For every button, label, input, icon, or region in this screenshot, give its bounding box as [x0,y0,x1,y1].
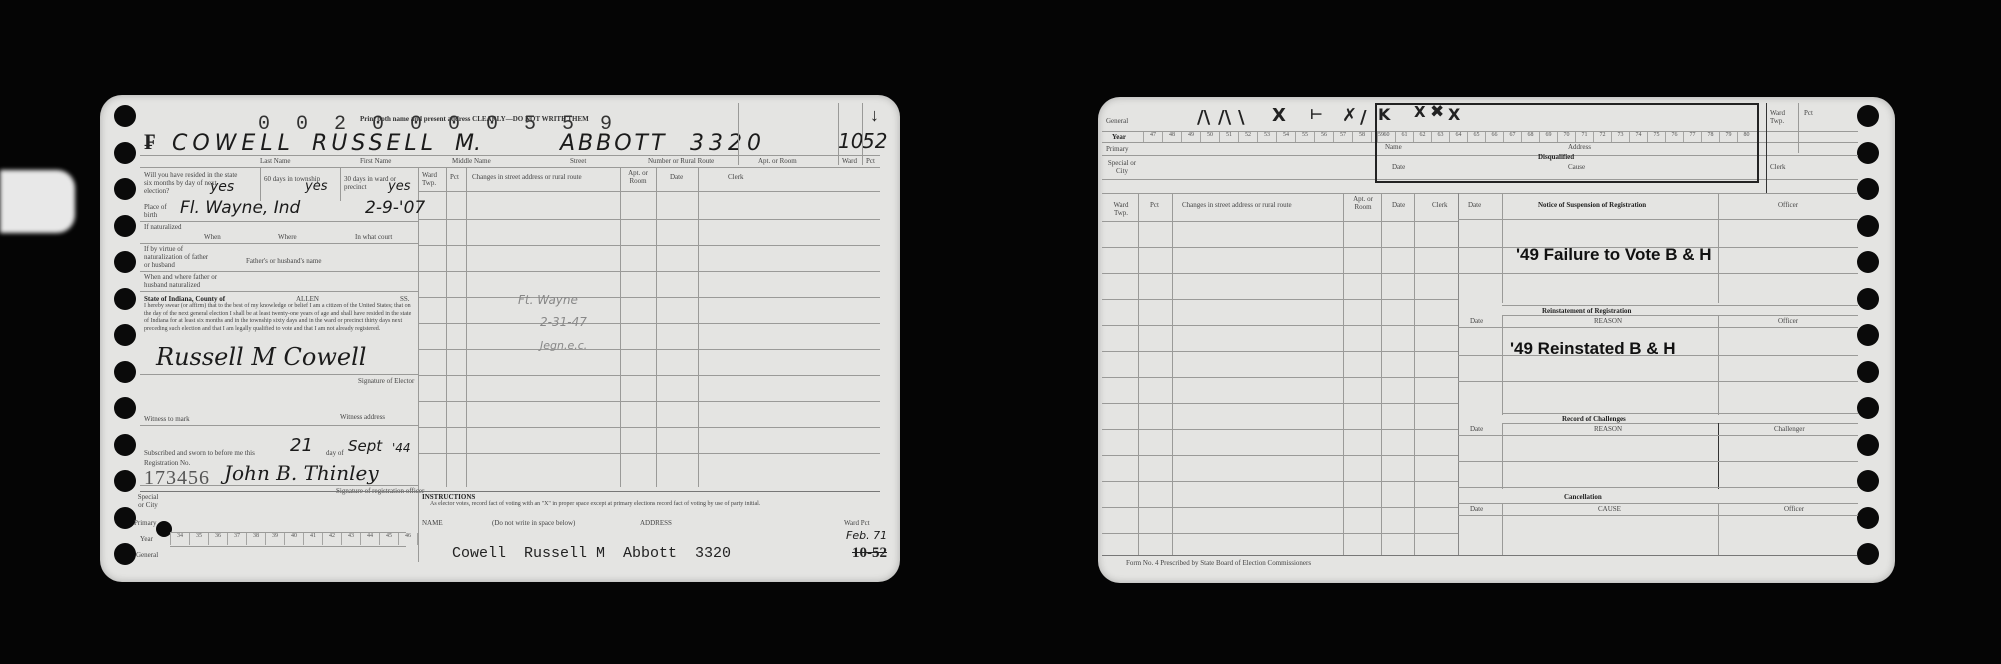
middle-name-label: Middle Name [452,157,491,165]
reinstatement-officer-header: Officer [1778,317,1798,325]
back-grid-year-label: Year [1112,133,1126,141]
middle-name-value: M. [455,131,481,156]
cancellation-title: Cancellation [1564,493,1602,501]
cancellation-cause-header: CAUSE [1598,505,1621,513]
changes-address-header: Changes in street address or rural route [472,173,582,181]
last-name-value: COWELL [172,131,295,156]
reinstatement-date-header: Date [1470,317,1483,325]
state-county-label: State of Indiana, County of [144,295,225,303]
vote-mark: \ [1238,107,1245,128]
back-grid-general-label: General [1106,117,1128,125]
street-label: Street [570,157,586,165]
witness-mark-label: Witness to mark [144,415,190,423]
subscribed-label: Subscribed and sworn to before me this [144,449,255,457]
pct-header: Pct [450,173,459,181]
pct-value: 52 [862,129,887,153]
vote-mark: ⊢ [1310,107,1323,123]
new-ward-pct: Feb. 71 [846,529,887,542]
front-year-row: 34 35 36 37 38 39 40 41 42 43 44 45 46 [170,533,418,545]
by-virtue-label: If by virtue of naturalization of father… [144,245,209,269]
arrow-mark: ↓ [870,105,879,126]
do-not-write-label: (Do not write in space below) [492,519,575,527]
clerk-header: Clerk [728,173,744,181]
grid-primary-label: Primary [134,519,157,527]
registration-card-back: General Year Primary Special or City 47 … [1098,97,1895,583]
back-year-row-right: 60 61 62 63 64 65 66 67 68 69 70 71 72 7… [1377,132,1755,142]
year-value: '44 [392,441,411,455]
resided-state-answer: yes [210,179,234,195]
grid-general-label: General [136,551,158,559]
day-value: 21 [290,435,313,456]
adjacent-card-edge [0,170,75,233]
change-note-2: 2-31-47 [540,315,587,329]
back-apt-header: Apt. or Room [1348,195,1378,211]
header-instruction: Print both name and present address CLEA… [360,115,589,123]
address-label: ADDRESS [640,519,672,527]
ward-twp-header: Ward Twp. [422,171,446,187]
reinstatement-title: Reinstatement of Registration [1542,307,1631,315]
challenges-challenger-header: Challenger [1774,425,1805,433]
naturalized-label: If naturalized [144,223,184,231]
ward-value: 10 [838,129,863,153]
typed-name-address: Cowell Russell M Abbott 3320 [452,545,731,562]
elector-signature: Russell M Cowell [156,343,366,371]
reinstatement-reason-header: REASON [1594,317,1622,325]
old-ward-pct: 10-52 [852,545,887,562]
day-of-label: day of [326,449,344,457]
challenges-title: Record of Challenges [1562,415,1626,423]
birth-date-answer: 2-9-'07 [365,198,425,218]
grid-pct-label: Pct [1804,109,1813,117]
street-value: ABBOTT [560,131,667,156]
grid-name-label: Name [1385,143,1402,151]
back-ward-twp-header: Ward Twp. [1108,201,1134,217]
first-name-label: First Name [360,157,391,165]
grid-ward-twp-label: Ward Twp. [1770,109,1790,125]
county-value: ALLEN [296,295,319,303]
vote-mark: /\ [1197,107,1210,128]
first-name-value: RUSSELL [312,131,437,156]
back-pct-header: Pct [1150,201,1159,209]
where-label: Where [278,233,297,241]
month-value: Sept [348,437,382,455]
place-of-birth-label: Place of birth [144,203,174,219]
change-note-1: Ft. Wayne [518,293,578,307]
grid-disqualified-label: Disqualified [1538,153,1574,161]
when-label: When [204,233,221,241]
back-changes-header: Changes in street address or rural route [1182,201,1292,209]
instructions-title: INSTRUCTIONS [422,493,475,501]
challenges-reason-header: REASON [1594,425,1622,433]
registration-no-label: Registration No. [144,459,190,467]
officer-signature: John B. Thinley [224,461,379,485]
witness-address-label: Witness address [340,413,385,421]
number-value: 3320 [690,131,766,156]
fathers-name-label: Father's or husband's name [246,257,321,265]
instructions-text: As elector votes, record fact of voting … [430,501,870,508]
challenges-date-header: Date [1470,425,1483,433]
back-clerk-header: Clerk [1432,201,1448,209]
ward-pct-label: Ward Pct [844,519,870,527]
grid-cause-label: Cause [1568,163,1585,171]
suspension-title: Notice of Suspension of Registration [1538,201,1646,209]
vote-mark: K [1378,105,1390,124]
cancellation-officer-header: Officer [1784,505,1804,513]
number-label: Number or Rural Route [648,157,714,165]
reinstatement-stamp: '49 Reinstated B & H [1510,339,1676,359]
punch-holes-right [1857,105,1881,580]
what-court-label: In what court [355,233,392,241]
oath-text: I hereby swear (or affirm) that to the b… [144,303,414,333]
suspension-stamp: '49 Failure to Vote B & H [1516,245,1711,265]
grid-clerk-label: Clerk [1770,163,1786,171]
apt-header: Apt. or Room [623,169,653,185]
name-label: NAME [422,519,443,527]
grid-address-label: Address [1568,143,1591,151]
suspension-officer-header: Officer [1778,201,1798,209]
apt-room-label: Apt. or Room [758,157,797,165]
pct-label: Pct [866,157,875,165]
registration-no-value: 173456 [144,467,210,490]
vote-mark: ✖ [1430,102,1444,122]
last-name-label: Last Name [260,157,291,165]
grid-special-label: Special or City [134,493,162,509]
when-where-father-label: When and where father or husband natural… [144,273,234,289]
days-ward-answer: yes [388,179,410,194]
place-of-birth-answer: Fl. Wayne, Ind [180,198,300,218]
vote-mark: / [1360,107,1367,128]
vote-mark: X [1414,103,1426,121]
back-year-row-left: 47 48 49 50 51 52 53 54 55 56 57 58 59 [1143,132,1390,142]
mark-symbol: ₣ [144,129,155,155]
registration-card-front: 0 0 2 0 0 0 0 5 5 9 Print both name and … [100,95,900,582]
back-date-header: Date [1392,201,1405,209]
vote-mark: ✗ [1342,105,1357,126]
back-grid-primary-label: Primary [1106,145,1129,153]
ss-label: SS. [400,295,410,303]
change-note-3: Jegn.e.c. [540,339,587,352]
vote-mark: /\ [1218,107,1231,128]
form-footer: Form No. 4 Prescribed by State Board of … [1126,559,1311,567]
grid-date-label: Date [1392,163,1405,171]
suspension-date-header: Date [1468,201,1481,209]
vote-mark: X [1272,105,1286,126]
signature-label: Signature of Elector [358,377,414,385]
vote-mark: X [1448,105,1460,124]
cancellation-date-header: Date [1470,505,1483,513]
back-grid-special-label: Special or City [1106,159,1138,175]
ward-label: Ward [842,157,857,165]
date-header: Date [670,173,683,181]
grid-year-label: Year [140,535,153,543]
days-township-answer: yes [305,179,327,194]
